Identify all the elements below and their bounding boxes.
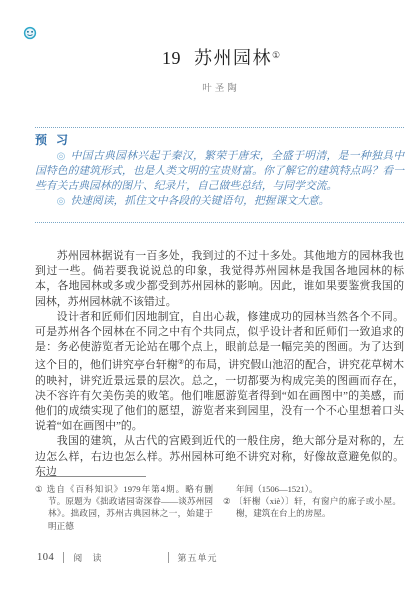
preview-item-text: 中国古典园林兴起于秦汉，繁荣于唐宋，全盛于明清，是一种独具中国特色的建筑形式，也… bbox=[35, 150, 404, 192]
footnote-marker: ① bbox=[35, 484, 44, 494]
author-name: 叶圣陶 bbox=[35, 80, 407, 94]
footer-divider bbox=[168, 552, 169, 563]
footnote-marker: ② bbox=[223, 496, 231, 506]
lesson-title: 19苏州园林① bbox=[35, 44, 407, 70]
lesson-title-text: 苏州园林 bbox=[194, 48, 272, 68]
footnote-item: ①选自《百科知识》1979年第4期。略有删节。原题为《拙政诸园寄深眷——谈苏州园… bbox=[35, 483, 213, 532]
preview-section: 预 习 ◎中国古典园林兴起于秦汉，繁荣于唐宋，全盛于明清，是一种独具中国特色的建… bbox=[35, 127, 404, 223]
footer-divider bbox=[63, 552, 64, 563]
footnote-divider bbox=[39, 476, 146, 477]
lesson-body: 苏州园林据说有一百多处，我到过的不过十多处。其他地方的园林我也到过一些。倘若要我… bbox=[35, 249, 404, 480]
textbook-page: 19苏州园林① 叶圣陶 预 习 ◎中国古典园林兴起于秦汉，繁荣于唐宋，全盛于明清… bbox=[0, 0, 415, 592]
body-paragraph: 苏州园林据说有一百多处，我到过的不过十多处。其他地方的园林我也到过一些。倘若要我… bbox=[35, 249, 404, 310]
page-footer: 104 阅 读 第五单元 bbox=[37, 551, 218, 564]
footnote-column-right: 年间（1506—1521）。 ②〔轩榭（xiè）〕轩，有窗户的廊子或小屋。榭，建… bbox=[223, 483, 401, 532]
footnote-columns: ①选自《百科知识》1979年第4期。略有删节。原题为《拙政诸园寄深眷——谈苏州园… bbox=[35, 483, 407, 532]
preview-item-text: 快速阅读，抓住文中各段的关键语句，把握课文大意。 bbox=[70, 195, 329, 207]
footnotes-section: ①选自《百科知识》1979年第4期。略有删节。原题为《拙政诸园寄深眷——谈苏州园… bbox=[35, 476, 407, 532]
footnote-item: ②〔轩榭（xiè）〕轩，有窗户的廊子或小屋。榭，建筑在台上的房屋。 bbox=[223, 495, 401, 519]
footer-section-label: 阅 读 bbox=[73, 551, 105, 564]
ring-bullet-icon: ◎ bbox=[57, 196, 66, 207]
smiley-face-icon-graphic bbox=[23, 26, 37, 40]
body-paragraph: 我国的建筑，从古代的宫殿到近代的一般住房，绝大部分是对称的，左边怎么样，右边也怎… bbox=[35, 434, 404, 480]
preview-heading: 预 习 bbox=[35, 132, 404, 149]
footnote-continuation: 年间（1506—1521）。 bbox=[223, 483, 401, 495]
footnote-text: 选自《百科知识》1979年第4期。略有删节。原题为《拙政诸园寄深眷——谈苏州园林… bbox=[47, 484, 213, 531]
title-footnote-ref: ① bbox=[272, 50, 280, 60]
footnote-column-left: ①选自《百科知识》1979年第4期。略有删节。原题为《拙政诸园寄深眷——谈苏州园… bbox=[35, 483, 213, 532]
smiley-face-icon[interactable] bbox=[23, 26, 37, 40]
lesson-number: 19 bbox=[162, 48, 181, 68]
preview-item: ◎中国古典园林兴起于秦汉，繁荣于唐宋，全盛于明清，是一种独具中国特色的建筑形式，… bbox=[35, 149, 404, 194]
preview-item: ◎快速阅读，抓住文中各段的关键语句，把握课文大意。 bbox=[35, 194, 404, 209]
page-number: 104 bbox=[37, 552, 54, 563]
body-paragraph: 设计者和匠师们因地制宜，自出心裁，修建成功的园林当然各个不同。可是苏州各个园林在… bbox=[35, 310, 404, 435]
ring-bullet-icon: ◎ bbox=[57, 151, 66, 162]
footnote-text: 〔轩榭（xiè）〕轩，有窗户的廊子或小屋。榭，建筑在台上的房屋。 bbox=[234, 496, 401, 518]
footer-unit-label: 第五单元 bbox=[178, 551, 218, 564]
